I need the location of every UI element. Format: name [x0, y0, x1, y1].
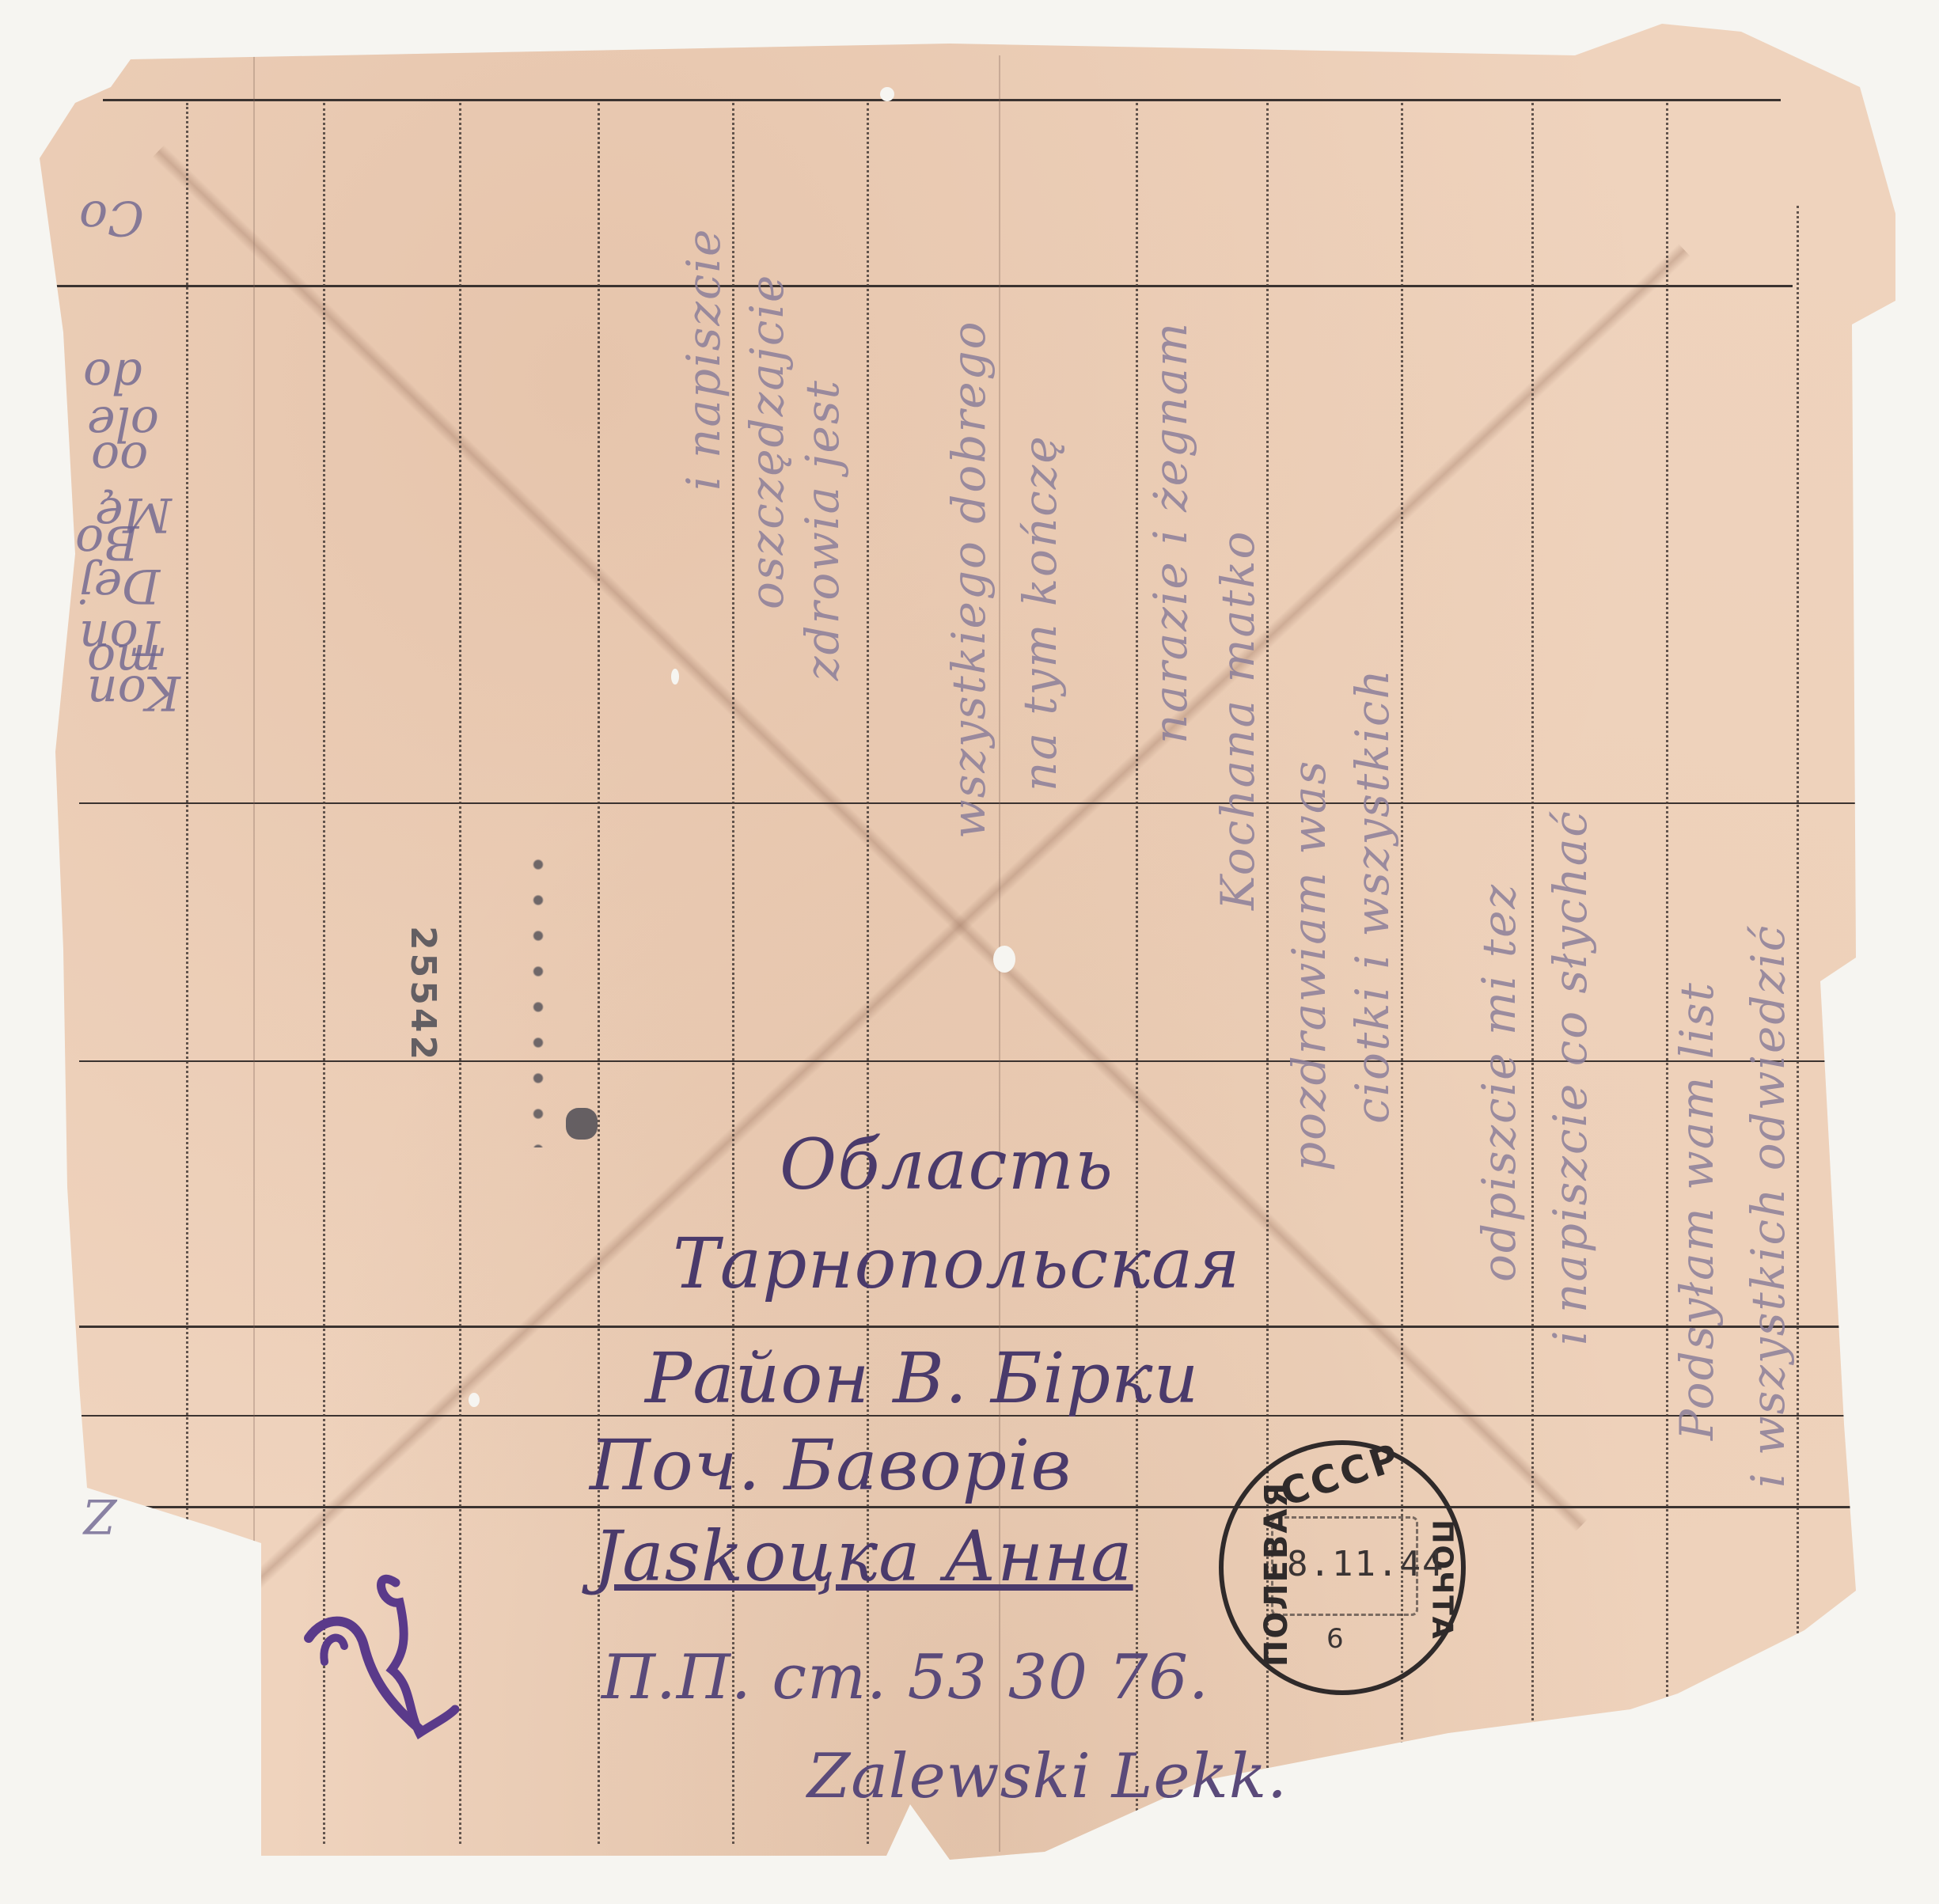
column-line: [1531, 103, 1534, 1844]
pencil-text-column: narazie i żegnam: [1144, 321, 1197, 744]
pencil-text-column: zdrowia jest: [795, 379, 849, 681]
column-line: [459, 103, 461, 1844]
ruled-line: [79, 1506, 1856, 1508]
censor-stamp-number: 25542: [403, 926, 443, 1063]
column-line: [1797, 206, 1799, 1709]
column-line: [1136, 103, 1138, 1844]
address-district: Район В. Бірки: [645, 1337, 1199, 1419]
column-line: [186, 103, 188, 1686]
tear-hole: [993, 946, 1015, 973]
postmark-stamp: СССР ПОЛЕВАЯ ПОЧТА 8.11.44 6: [1219, 1440, 1466, 1695]
torn-text-fragment: Dej: [79, 558, 160, 613]
flourish-mark: [301, 1551, 459, 1741]
censor-stamp-mark: [566, 1108, 598, 1140]
pencil-text-column: i napiszcie co słychać: [1543, 810, 1597, 1345]
pencil-text-column: oszczędzajcie: [740, 274, 794, 609]
torn-text-fragment: Co: [79, 190, 144, 245]
tear-hole: [671, 669, 679, 685]
letter-paper: [0, 0, 1939, 1904]
ruled-line: [103, 99, 1781, 101]
pencil-text-column: i wszystkich odwiedzić: [1741, 924, 1795, 1488]
postmark-number: 6: [1326, 1623, 1344, 1655]
censor-stamp-mark: [526, 847, 550, 1147]
pencil-text-column: pozdrawiam was: [1282, 760, 1336, 1171]
pencil-text-column: ciotki i wszystkich: [1345, 668, 1399, 1124]
address-recipient-name: Jaskoцка Анна: [594, 1515, 1133, 1597]
sender-name: Zalewski Lekk.: [807, 1741, 1288, 1812]
address-region: Область: [780, 1124, 1114, 1205]
torn-text-fragment: oo: [91, 431, 148, 487]
tear-hole: [469, 1393, 480, 1407]
torn-text-fragment: Z: [83, 1488, 116, 1543]
pencil-text-column: wszystkiego dobrego: [942, 320, 996, 839]
column-line: [1666, 103, 1668, 1844]
pencil-text-column: na tym kończę: [1013, 434, 1067, 791]
pencil-text-column: i napiszcie: [677, 228, 730, 491]
pencil-text-column: odpiszcie mi tez: [1472, 883, 1526, 1282]
sender-field-post-number: П.П. ст. 53 30 76.: [601, 1642, 1209, 1713]
postmark-date: 8.11.44: [1287, 1544, 1444, 1584]
column-line: [253, 55, 255, 1852]
punch-hole: [880, 87, 894, 101]
address-province: Тарнопольская: [673, 1223, 1241, 1304]
torn-text-fragment: Kon: [87, 665, 180, 720]
pencil-text-column: Kochana matko: [1211, 530, 1265, 910]
address-post-office: Поч. Баворів: [590, 1424, 1072, 1506]
pencil-text-column: Podsyłam wam list: [1670, 981, 1724, 1440]
